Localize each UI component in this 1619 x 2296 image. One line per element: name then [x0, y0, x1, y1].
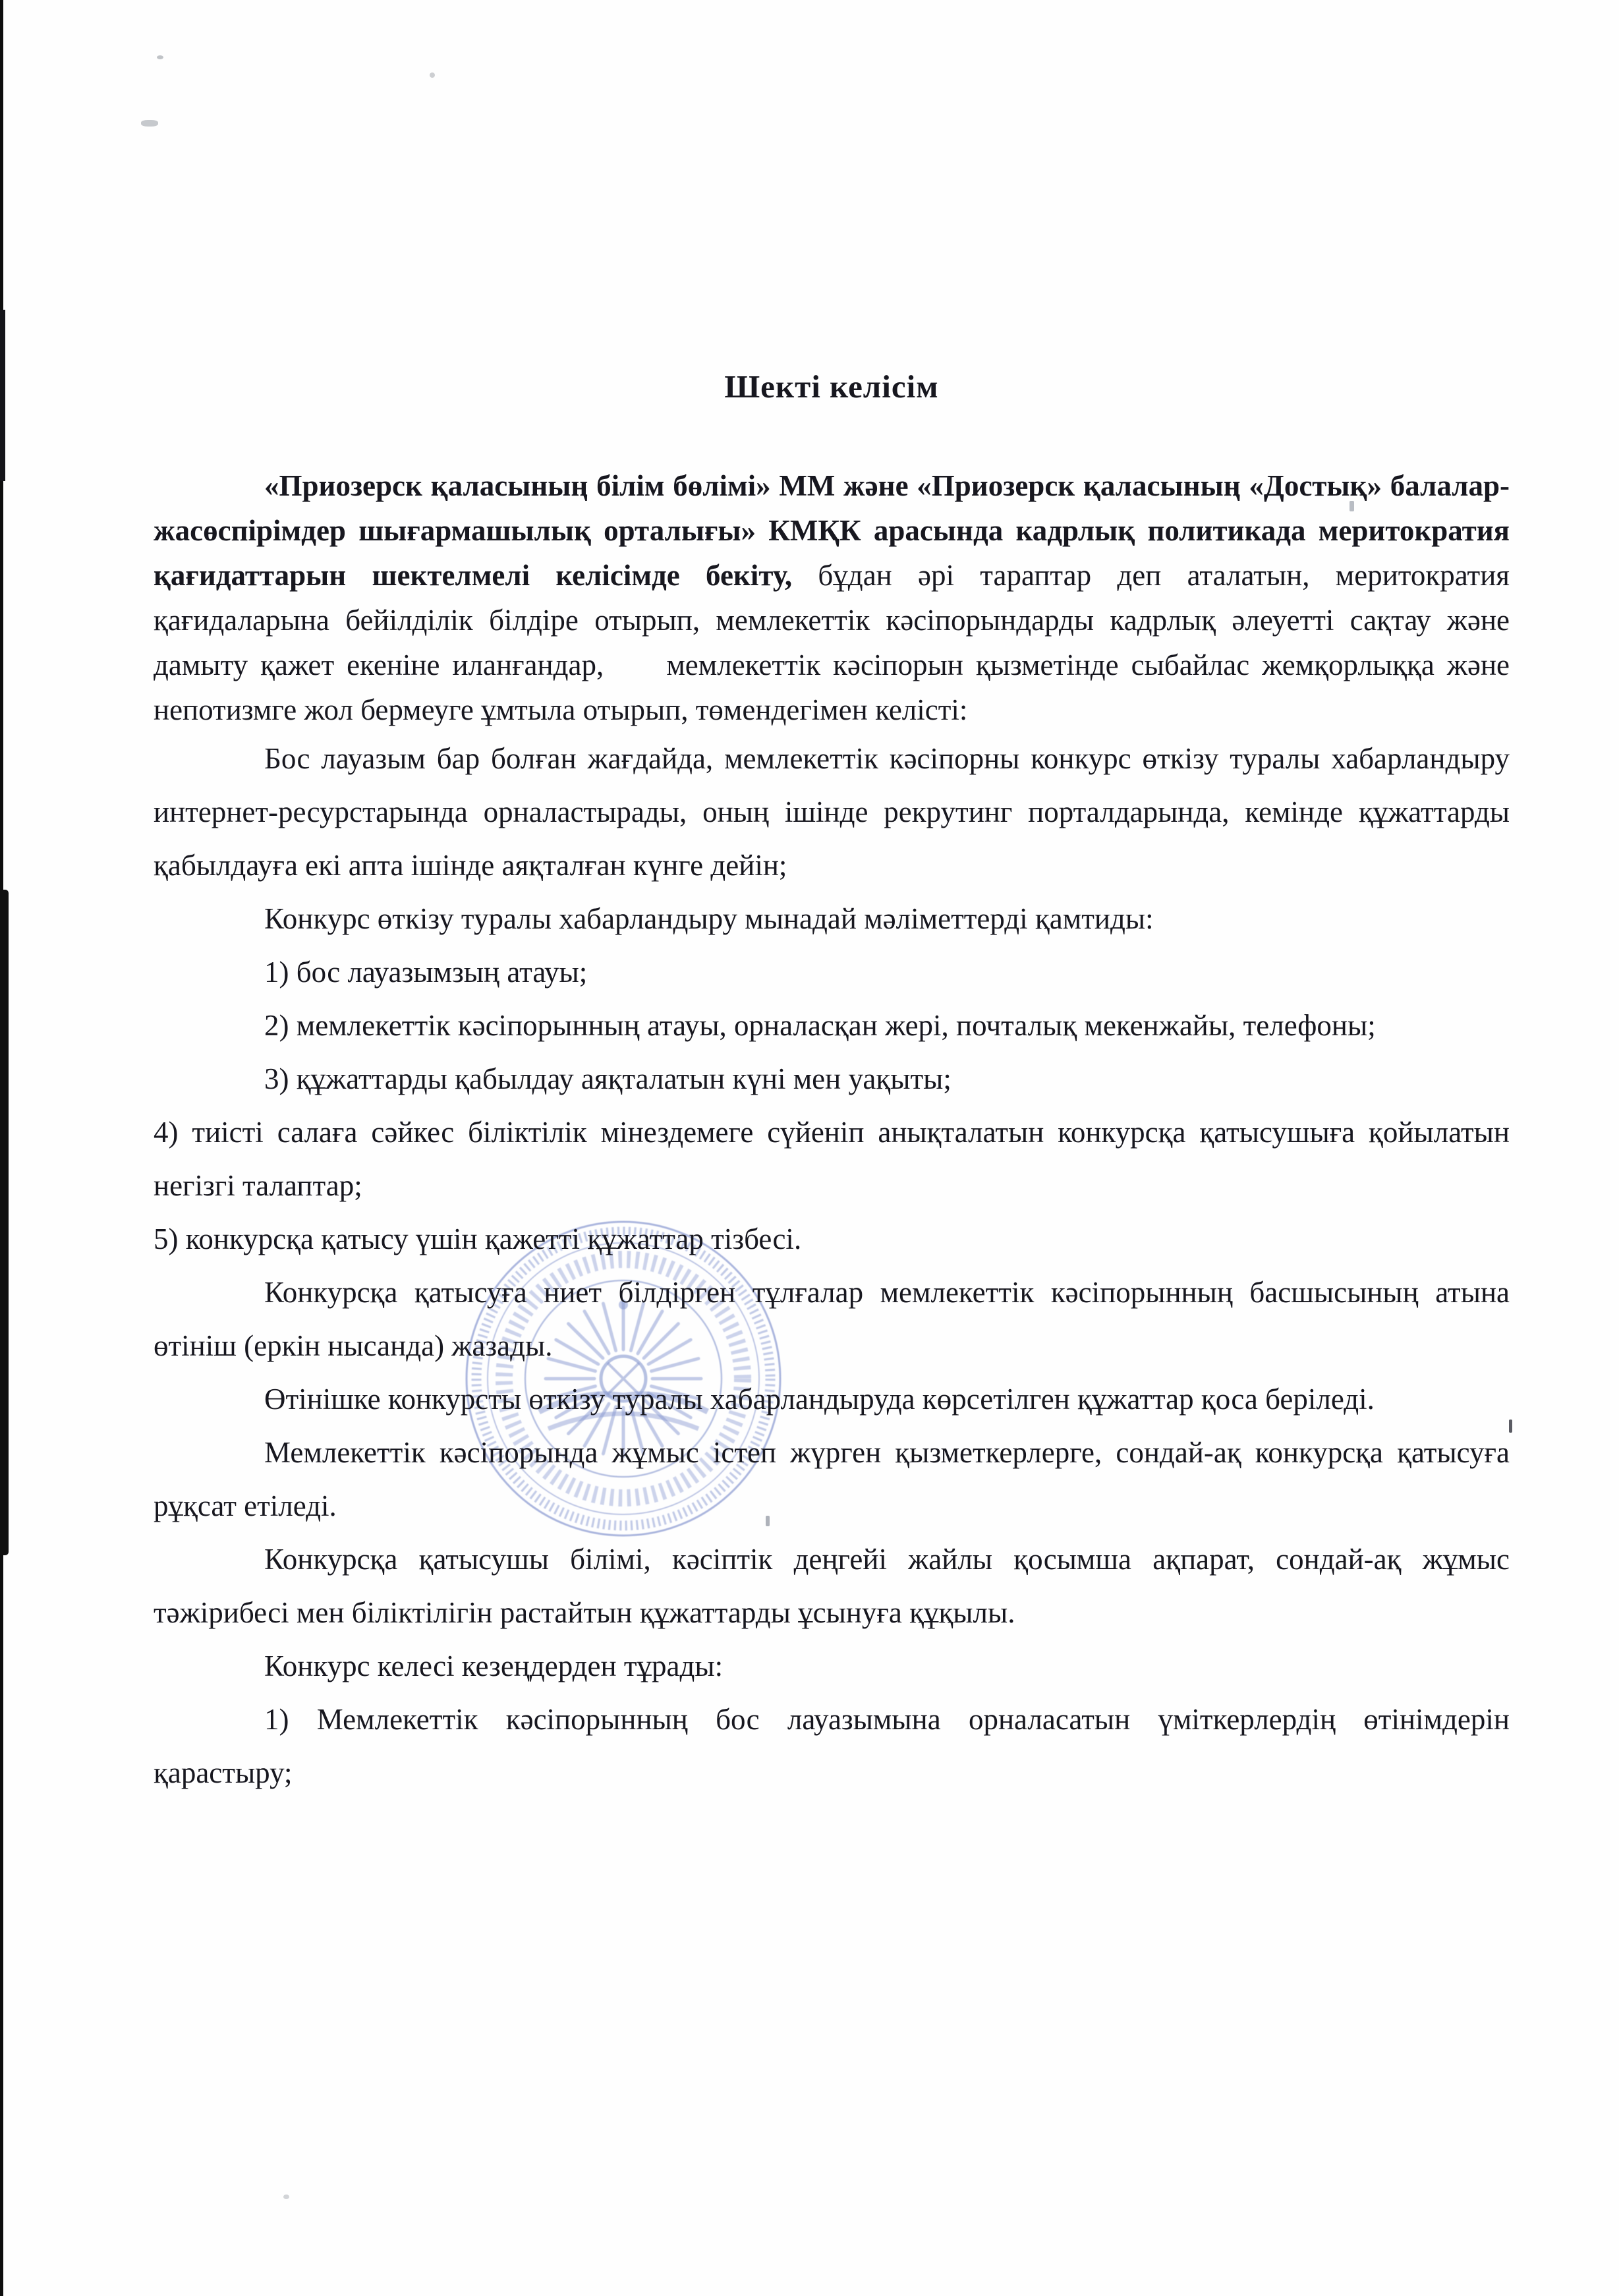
- paragraph: Конкурс өткізу туралы хабарландыру мынад…: [154, 892, 1510, 946]
- list-item: 1) бос лауазымзың атауы;: [154, 946, 1510, 999]
- document-title: Шекті келісім: [154, 368, 1510, 405]
- list-item: 4) тиісті салаға сәйкес біліктілік мінез…: [154, 1106, 1510, 1213]
- scan-speck: [430, 72, 435, 78]
- paragraph: Конкурс келесі кезеңдерден тұрады:: [154, 1640, 1510, 1693]
- scan-speck: [141, 120, 158, 127]
- paragraph: Өтінішке конкурсты өткізу туралы хабарла…: [154, 1373, 1510, 1426]
- list-item: 1) Мемлекеттік кәсіпорынның бос лауазымы…: [154, 1693, 1510, 1800]
- list-item: 3) құжаттарды қабылдау аяқталатын күні м…: [154, 1052, 1510, 1106]
- scanned-document-page: Шекті келісім «Приозерск қаласының білім…: [0, 0, 1619, 2296]
- scan-speck: [157, 55, 163, 59]
- paragraph: Мемлекеттік кәсіпорында жұмыс істеп жүрг…: [154, 1426, 1510, 1533]
- paragraph: Бос лауазым бар болған жағдайда, мемлеке…: [154, 732, 1510, 892]
- scanner-edge-artifact: [0, 890, 9, 1555]
- list-item: 5) конкурсқа қатысу үшін қажетті құжатта…: [154, 1213, 1510, 1266]
- scan-speck: [283, 2195, 289, 2199]
- list-item: 2) мемлекеттік кәсіпорынның атауы, орнал…: [154, 999, 1510, 1052]
- scanner-edge-artifact: [0, 310, 5, 481]
- paragraph: Конкурсқа қатысуға ниет білдірген тұлғал…: [154, 1266, 1510, 1373]
- paragraph: Конкурсқа қатысушы білімі, кәсіптік деңг…: [154, 1533, 1510, 1640]
- document-text-block: Шекті келісім «Приозерск қаласының білім…: [154, 368, 1510, 1800]
- paragraph-preamble: «Приозерск қаласының білім бөлімі» ММ жә…: [154, 463, 1510, 732]
